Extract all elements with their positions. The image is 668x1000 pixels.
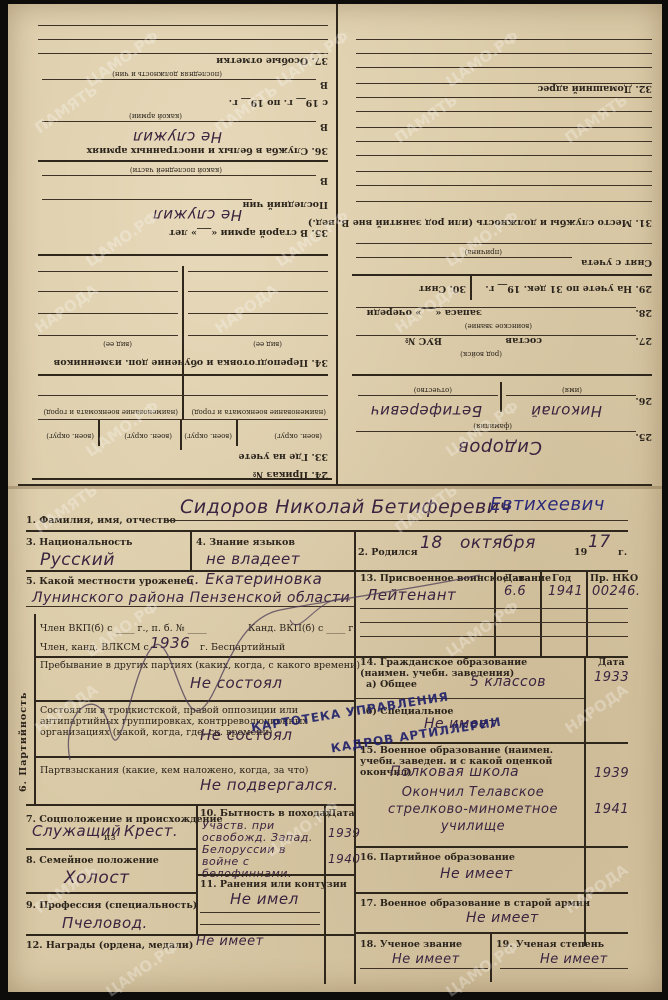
field-7-origin: Крест. (124, 822, 178, 840)
field-2-label: 2. Родился (358, 547, 418, 558)
field-33-okrug-3: (воен. округ) (124, 432, 172, 440)
field-14-date-header: Дата (598, 657, 625, 668)
field-13-order: 00246. (592, 584, 641, 599)
field-27-text1: состав (505, 335, 542, 346)
field-33-label: 33. Где на учете (238, 451, 328, 462)
field-19-value: Не имеет (540, 952, 608, 967)
field-26-sub-patronymic: (отчество) (414, 386, 452, 394)
field-33-col-sub-2: (наименование военкомата и город) (44, 408, 178, 416)
field-29-label: 29. На учете по 31 дек. 19__ г. (485, 283, 652, 294)
field-15-date2: 1941 (594, 802, 629, 817)
field-31-label: 31. Место службы и должность (или род за… (308, 217, 652, 228)
field-9-value: Пчеловод. (62, 914, 148, 932)
field-7-from: из (104, 832, 116, 843)
field-37-v: В (320, 79, 328, 90)
field-30-label: Снят с учета (581, 257, 652, 268)
field-32-label: 32. Домашний адрес (537, 83, 652, 94)
field-2-year-prefix: 19 (574, 547, 587, 558)
fold-line (8, 486, 662, 489)
field-18-label: 18. Ученое звание (360, 939, 462, 950)
field-2-year: 17 (588, 532, 611, 552)
field-26-sub-name: (имя) (562, 386, 582, 394)
field-36-period: с 19__ г. по 19__ г. (229, 97, 328, 108)
field-28-label: 28. (635, 307, 652, 318)
field-33-col-sub-1: (наименование военкомата и город) (192, 408, 326, 416)
field-11-value: Не имел (230, 890, 299, 908)
field-25-surname: Сидоров (458, 437, 542, 458)
field-27-sub: (род войск) (460, 350, 502, 358)
field-34-sub-1: (вид ее) (253, 340, 282, 348)
field-26-patronymic: Бетиферевич (370, 402, 482, 420)
field-28-text: запаса «___» очереди (367, 307, 482, 318)
field-16-label: 16. Партийное образование (360, 852, 515, 863)
field-13-header-year: Год (552, 573, 571, 584)
field-27-text2: ВУС № (405, 335, 442, 346)
field-10-label: 10. Бытность в походах (200, 808, 331, 819)
field-35-v: В (320, 175, 328, 186)
field-15-date1: 1939 (594, 766, 629, 781)
field-10-value: Участв. при освобожд. Запад. Белоруссии … (202, 820, 322, 880)
field-33-okrug-1: (воен. округ) (274, 432, 322, 440)
field-37-label: 37. Особые отметки (216, 55, 328, 66)
field-1-value: Сидоров Николай Бетиферевич (180, 496, 511, 518)
field-9-label: 9. Профессия (специальность) (26, 900, 197, 911)
field-35-sub: (какой последней части) (130, 166, 222, 174)
field-4-label: 4. Знание языков (196, 537, 295, 548)
field-16-value: Не имеет (440, 866, 513, 882)
field-25-label: 25. (635, 431, 652, 442)
field-3-label: 3. Национальность (26, 537, 132, 548)
inverted-upper-half: 25. (фамилия) Сидоров 26. (имя) (отчеств… (8, 4, 662, 486)
field-13-year: 1941 (548, 584, 583, 599)
field-8-label: 8. Семейное положение (26, 855, 159, 866)
field-30-sub: (причина) (465, 248, 502, 256)
field-2-suffix: г. (618, 547, 627, 558)
field-2-day: 18 (420, 533, 443, 553)
field-17-label: 17. Военное образование в старой армии (360, 898, 590, 909)
field-35-rank-label: Последний чин (243, 199, 328, 210)
field-37-sub: (последняя должность и чин) (112, 70, 222, 78)
field-35-value: Не служил (153, 206, 242, 224)
field-11-label: 11. Ранения или контузии (200, 879, 347, 890)
field-26-name: Николай (531, 402, 602, 420)
field-13-header-order: Пр. НКО (590, 573, 638, 584)
field-18-value: Не имеет (392, 952, 460, 967)
field-2-month: октября (460, 533, 536, 553)
field-1-label: 1. Фамилия, имя, отчество (26, 515, 176, 526)
field-34-sub-2: (вид ее) (103, 340, 132, 348)
signature-scribble (30, 560, 510, 800)
field-33-okrug-4: (воен. округ) (46, 432, 94, 440)
field-10-date-1: 1939 (328, 826, 361, 840)
field-14-general-date: 1933 (594, 670, 629, 685)
field-6-section-label: 6. Партийность (18, 692, 29, 792)
field-26-label: 26. (635, 395, 652, 406)
field-30-date-label: 30. Снят (419, 283, 466, 294)
field-12-value: Не имеет (196, 934, 264, 949)
field-36-label: 36. Служба в белых и иностранных армиях (87, 145, 328, 156)
field-36-sub: (какой армии) (129, 112, 182, 120)
field-1-correction: Евтихеевич (490, 494, 605, 515)
field-28-sub: (воинское звание) (465, 322, 532, 330)
field-12-label: 12. Награды (ордена, медали) (26, 940, 193, 951)
field-8-value: Холост (64, 868, 130, 888)
field-25-sub: (фамилия) (473, 422, 512, 430)
field-10-date-2: 1940 (328, 852, 361, 866)
field-27-label: 27. (635, 335, 652, 346)
field-36-v: В (320, 121, 328, 132)
field-35-label: 35. В старой армии «___» лет (169, 227, 328, 238)
field-17-value: Не имеет (466, 910, 539, 926)
field-19-label: 19. Ученая степень (496, 939, 604, 950)
field-34-label: 34. Переподготовка и обучение доп. измен… (54, 357, 328, 368)
field-36-value: Не служил (133, 128, 222, 146)
field-33-okrug-2: (воен. округ) (184, 432, 232, 440)
field-10-date-header: Дата (328, 808, 355, 819)
